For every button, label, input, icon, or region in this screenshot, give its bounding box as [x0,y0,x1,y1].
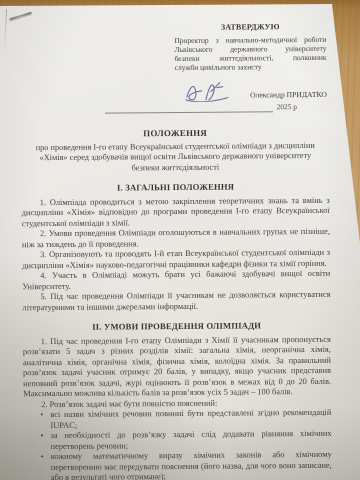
document-paper-sheet: ЗАТВЕРДЖУЮ Проректор з навчально-методич… [0,0,360,480]
bullet-item: за необхідності до розв’язку задачі слід… [40,429,331,452]
section-1-paragraph: 3. Організовують та проводять І-й етап В… [22,248,330,271]
bullet-item: кожному математичному виразу хімічних за… [41,450,332,480]
section-2-heading: ІІ. УМОВИ ПРОВЕДЕННЯ ОЛІМПІАДИ [23,320,331,333]
handwritten-signature [184,79,246,101]
signature-underline [105,104,273,113]
date-row: 2025 р [175,102,327,114]
approval-heading: ЗАТВЕРДЖУЮ [174,22,326,34]
section-1-paragraph: 4. Участь в Олімпіаді можуть брати усі б… [22,269,330,292]
approval-line: служби цивільного захисту [175,62,327,72]
document-title: ПОЛОЖЕННЯ [21,127,329,140]
approval-block: ЗАТВЕРДЖУЮ Проректор з навчально-методич… [174,22,327,113]
section-1-paragraph: 5. Під час проведення Олімпіади її учасн… [22,290,330,313]
signatory-name: Олександр ПРИДАТКО [250,90,327,101]
document-subtitle: про проведення І-го етапу Всеукраїнської… [21,141,329,175]
signature-row: Олександр ПРИДАТКО [175,81,327,102]
document-content: ЗАТВЕРДЖУЮ Проректор з навчально-методич… [0,0,360,480]
requirements-bullet-list: всі назви хімічних речовин повинні бути … [23,408,332,480]
section-1-paragraph: 2. Умови проведення Олімпіади оголошують… [22,227,330,250]
section-2-paragraph: 1. Під час проведення І-го етапу Олімпіа… [23,335,331,400]
section-1-heading: І. ЗАГАЛЬНІ ПОЛОЖЕННЯ [22,181,330,194]
year-label: 2025 р [277,102,297,113]
section-1-paragraph: 1. Олімпіада проводиться з метою закріпл… [22,196,330,230]
bullet-item: всі назви хімічних речовин повинні бути … [40,408,331,431]
